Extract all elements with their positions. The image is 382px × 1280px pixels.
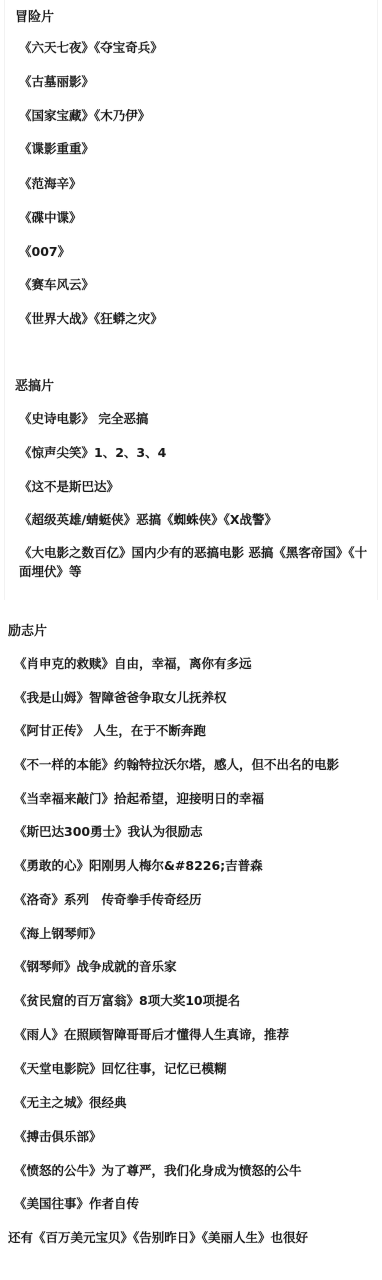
section-title-parody: 恶搞片 [15, 375, 54, 394]
list-item: 《天堂电影院》回忆往事，记忆已模糊 [14, 1059, 227, 1077]
list-item: 《超级英雄/蜻蜓侠》恶搞《蜘蛛侠》《X战警》 [19, 510, 277, 528]
list-item: 《海上钢琴师》 [14, 924, 102, 942]
list-item: 《惊声尖笑》1、2、3、4 [19, 443, 166, 461]
list-item: 《不一样的本能》约翰特拉沃尔塔，感人，但不出名的电影 [14, 755, 339, 773]
list-item: 《世界大战》《狂蟒之灾》 [19, 309, 163, 327]
list-item: 《肖申克的救赎》自由，幸福，离你有多远 [14, 654, 252, 672]
list-item: 《国家宝藏》《木乃伊》 [19, 106, 150, 124]
list-item: 《我是山姆》智障爸爸争取女儿抚养权 [14, 688, 227, 706]
list-item: 《斯巴达300勇士》我认为很励志 [14, 822, 203, 840]
list-item: 《美国往事》作者自传 [14, 1194, 139, 1212]
list-item: 《范海辛》 [19, 174, 82, 192]
list-item: 《搏击俱乐部》 [14, 1127, 102, 1145]
list-item: 《当幸福来敲门》拾起希望，迎接明日的幸福 [14, 789, 264, 807]
list-item: 《贫民窟的百万富翁》8项大奖10项提名 [14, 991, 240, 1009]
list-item: 《碟中谍》 [19, 208, 82, 226]
list-item: 《阿甘正传》 人生，在于不断奔跑 [14, 721, 206, 739]
list-item: 《赛车风云》 [19, 275, 94, 293]
list-item: 《洛奇》系列 传奇拳手传奇经历 [14, 890, 202, 908]
list-item: 《雨人》在照顾智障哥哥后才懂得人生真谛，推荐 [14, 1025, 289, 1043]
list-item: 《史诗电影》 完全恶搞 [19, 409, 148, 427]
list-item: 《谍影重重》 [19, 139, 94, 157]
section-title-inspirational: 励志片 [8, 620, 47, 639]
list-item: 《大电影之数百亿》国内少有的恶搞电影 恶搞《黑客帝国》《十面埋伏》等 [19, 543, 379, 581]
adventure-section: 冒险片 《六天七夜》《夺宝奇兵》 《古墓丽影》 《国家宝藏》《木乃伊》 《谍影重… [4, 0, 378, 600]
list-item: 《钢琴师》战争成就的音乐家 [14, 957, 177, 975]
list-item: 《古墓丽影》 [19, 72, 94, 90]
list-item: 《六天七夜》《夺宝奇兵》 [19, 38, 163, 56]
list-item: 《勇敢的心》阳刚男人梅尔&#8226;吉普森 [14, 856, 263, 874]
list-item: 《无主之城》很经典 [14, 1093, 127, 1111]
list-item: 《007》 [19, 242, 70, 260]
section-title-adventure: 冒险片 [15, 6, 54, 25]
footer-note: 还有《百万美元宝贝》《告别昨日》《美丽人生》也很好 [8, 1228, 308, 1246]
list-item: 《这不是斯巴达》 [19, 477, 119, 495]
list-item: 《愤怒的公牛》为了尊严，我们化身成为愤怒的公牛 [14, 1161, 302, 1179]
